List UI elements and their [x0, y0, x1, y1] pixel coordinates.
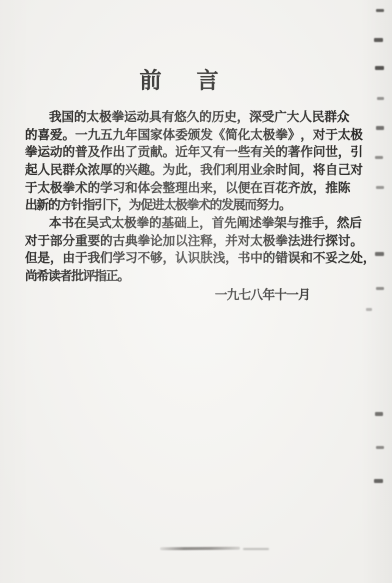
scan-speck [376, 186, 384, 189]
glyph: 群 [324, 107, 337, 125]
glyph: 中 [250, 248, 263, 266]
glyph: 极 [263, 231, 276, 249]
glyph: 业 [250, 160, 263, 178]
glyph: 。 [150, 160, 163, 178]
glyph: 力 [267, 195, 279, 213]
glyph: 拳 [25, 142, 38, 160]
glyph: 手 [312, 213, 325, 231]
glyph: 基 [162, 213, 175, 231]
glyph: 太 [250, 231, 263, 249]
glyph: 出 [113, 142, 126, 160]
glyph: 月 [298, 285, 310, 303]
text-line: 拳运动的普及作出了贡献。近年又有一些有关的著作问世，引 [25, 142, 333, 160]
glyph: 作 [300, 142, 313, 160]
glyph: ， [50, 248, 63, 266]
glyph: 喜 [38, 125, 51, 143]
glyph: 正 [106, 266, 118, 284]
glyph: 式 [99, 213, 112, 231]
glyph: 一 [75, 125, 88, 143]
glyph: 是 [38, 248, 51, 266]
glyph: 九 [113, 125, 126, 143]
glyph: 便 [238, 178, 251, 196]
glyph: 发 [221, 195, 233, 213]
glyph: 问 [313, 142, 326, 160]
glyph: 不 [138, 248, 151, 266]
glyph: 的 [88, 178, 101, 196]
glyph: 化 [238, 125, 251, 143]
glyph: 此 [175, 160, 188, 178]
glyph: 太 [38, 178, 51, 196]
scan-speck [376, 446, 384, 449]
glyph: ， [363, 248, 376, 266]
glyph: 贡 [138, 142, 151, 160]
glyph: 在 [74, 213, 87, 231]
glyph: 一 [215, 285, 227, 303]
glyph: 运 [124, 107, 137, 125]
glyph: 于 [25, 178, 38, 196]
glyph: 要 [88, 231, 101, 249]
glyph: 悠 [174, 107, 187, 125]
glyph: 年 [262, 285, 274, 303]
glyph: 年 [188, 142, 201, 160]
scan-speck [376, 287, 384, 290]
glyph: 的 [199, 107, 212, 125]
text-line: 起人民群众浓厚的兴趣。为此，我们利用业余时间，将自己对 [25, 160, 333, 178]
glyph: 批 [71, 266, 83, 284]
glyph: 对 [238, 231, 251, 249]
glyph: 们 [213, 160, 226, 178]
text-line: 对于部分重要的古典拳论加以注释，并对太极拳法进行探讨。 [25, 231, 333, 249]
title-glyph: 言 [197, 64, 219, 95]
glyph: 误 [288, 248, 301, 266]
glyph: 先 [224, 213, 237, 231]
text-line: 本书在吴式太极拳的基础上，首先阐述拳架与推手，然后 [25, 213, 333, 231]
glyph: 之 [338, 248, 351, 266]
glyph: 浅 [213, 248, 226, 266]
glyph: 。 [163, 142, 176, 160]
preface-text: 我国的太极拳运动具有悠久的历史，深受广大人民群众的喜爱。一九五九年国家体委颁发《… [25, 107, 333, 284]
title-glyph: 前 [139, 64, 161, 95]
glyph: 太 [112, 213, 125, 231]
scanned-book-page: 前言 我国的太极拳运动具有悠久的历史，深受广大人民群众的喜爱。一九五九年国家体委… [0, 0, 392, 583]
glyph: 大 [287, 107, 300, 125]
glyph: 著 [288, 142, 301, 160]
glyph: 与 [287, 213, 300, 231]
glyph: 于 [75, 248, 88, 266]
glyph: 动 [50, 142, 63, 160]
glyph: 八 [251, 285, 263, 303]
glyph: 指 [83, 195, 95, 213]
glyph: 运 [38, 142, 51, 160]
glyph: 受 [262, 107, 275, 125]
glyph: 普 [75, 142, 88, 160]
glyph: 作 [100, 142, 113, 160]
glyph: 础 [174, 213, 187, 231]
scan-speck [366, 308, 372, 311]
glyph: 于 [325, 125, 338, 143]
glyph: 的 [275, 142, 288, 160]
glyph: 推 [299, 213, 312, 231]
glyph: 古 [113, 231, 126, 249]
glyph: 发 [200, 125, 213, 143]
glyph: 浓 [88, 160, 101, 178]
glyph: 七 [239, 285, 251, 303]
glyph: 会 [150, 178, 163, 196]
glyph: 百 [263, 178, 276, 196]
glyph: 习 [125, 248, 138, 266]
glyph: 家 [150, 125, 163, 143]
glyph: 促 [140, 195, 152, 213]
scan-speck [375, 66, 384, 70]
glyph: 。 [117, 266, 129, 284]
glyph: 极 [99, 107, 112, 125]
glyph: 在 [250, 178, 263, 196]
glyph: 评 [83, 266, 95, 284]
scan-speck [375, 252, 384, 256]
glyph: 间 [288, 160, 301, 178]
glyph: 首 [212, 213, 225, 231]
glyph: 讨 [338, 231, 351, 249]
glyph: 和 [300, 248, 313, 266]
glyph: 注 [188, 231, 201, 249]
glyph: 的 [263, 248, 276, 266]
glyph: 一 [286, 285, 298, 303]
glyph: ， [213, 231, 226, 249]
glyph: 深 [249, 107, 262, 125]
glyph: 指 [94, 266, 106, 284]
glyph: 的 [48, 195, 60, 213]
glyph: 然 [337, 213, 350, 231]
glyph: 尚 [25, 266, 37, 284]
glyph: 术 [198, 195, 210, 213]
glyph: ， [324, 213, 337, 231]
glyph: 有 [250, 142, 263, 160]
glyph: 分 [63, 231, 76, 249]
glyph: 有 [162, 107, 175, 125]
glyph: ， [313, 178, 326, 196]
glyph: 释 [200, 231, 213, 249]
glyph: 错 [275, 248, 288, 266]
glyph: 而 [244, 195, 256, 213]
text-line: 于太极拳术的学习和体会整理出来，以便在百花齐放，推陈 [25, 178, 333, 196]
glyph: 行 [313, 231, 326, 249]
glyph: ， [338, 142, 351, 160]
scan-smudge [160, 547, 240, 551]
glyph: 。 [63, 125, 76, 143]
glyph: 重 [75, 231, 88, 249]
glyph: 展 [233, 195, 245, 213]
date-line: 一九七八年十一月 [25, 285, 333, 302]
glyph: 。 [350, 231, 363, 249]
glyph: 但 [25, 248, 38, 266]
scan-speck [374, 38, 383, 42]
glyph: 加 [163, 231, 176, 249]
glyph: 久 [187, 107, 200, 125]
glyph: 的 [25, 125, 38, 143]
glyph: 上 [187, 213, 200, 231]
glyph: 拳 [275, 231, 288, 249]
glyph: 陈 [338, 178, 351, 196]
glyph: 者 [60, 266, 72, 284]
glyph: 太 [164, 195, 176, 213]
glyph: ， [163, 248, 176, 266]
glyph: 用 [238, 160, 251, 178]
glyph: 具 [149, 107, 162, 125]
glyph: 极 [350, 125, 363, 143]
glyph: 将 [313, 160, 326, 178]
glyph: 的 [63, 142, 76, 160]
glyph: 并 [225, 231, 238, 249]
text-line: 尚希读者批评指正。 [25, 266, 333, 284]
glyph: ， [117, 195, 129, 213]
glyph: 妥 [325, 248, 338, 266]
glyph: 学 [113, 248, 126, 266]
glyph: 认 [175, 248, 188, 266]
glyph: 出 [25, 195, 37, 213]
glyph: 识 [188, 248, 201, 266]
glyph: 民 [50, 160, 63, 178]
glyph: 利 [225, 160, 238, 178]
glyph: 以 [175, 231, 188, 249]
glyph: 人 [38, 160, 51, 178]
glyph: 关 [263, 142, 276, 160]
glyph: 趣 [138, 160, 151, 178]
glyph: 的 [210, 195, 222, 213]
glyph: 努 [256, 195, 268, 213]
glyph: 极 [124, 213, 137, 231]
glyph: 有 [213, 142, 226, 160]
glyph: 自 [325, 160, 338, 178]
glyph: 极 [175, 195, 187, 213]
glyph: 极 [263, 125, 276, 143]
glyph: 理 [175, 178, 188, 196]
glyph: 体 [163, 125, 176, 143]
glyph: 书 [238, 248, 251, 266]
glyph: 引 [350, 142, 363, 160]
text-line: 但是，由于我们学习不够，认识肤浅，书中的错误和不妥之处， [25, 249, 333, 267]
glyph: 动 [137, 107, 150, 125]
scan-speck [376, 126, 384, 130]
glyph: 十 [274, 285, 286, 303]
glyph: 众 [75, 160, 88, 178]
glyph: 。 [279, 195, 291, 213]
glyph: 五 [100, 125, 113, 143]
glyph: 放 [300, 178, 313, 196]
glyph: 了 [125, 142, 138, 160]
glyph: 对 [25, 231, 38, 249]
glyph: 整 [163, 178, 176, 196]
glyph: 述 [249, 213, 262, 231]
glyph: 拳 [187, 195, 199, 213]
glyph: 》 [288, 125, 301, 143]
glyph: 典 [125, 231, 138, 249]
glyph: 和 [125, 178, 138, 196]
glyph: ， [188, 160, 201, 178]
glyph: 架 [274, 213, 287, 231]
glyph: 《 [213, 125, 226, 143]
glyph: 对 [350, 160, 363, 178]
glyph: 术 [75, 178, 88, 196]
glyph: 委 [175, 125, 188, 143]
text-line: 出新的方针指引下，为促进太极拳术的发展而努力。 [25, 195, 333, 213]
page-title: 前言 [25, 64, 333, 95]
glyph: 于 [38, 231, 51, 249]
glyph: 不 [313, 248, 326, 266]
glyph: 读 [48, 266, 60, 284]
glyph: 我 [200, 160, 213, 178]
glyph: 花 [275, 178, 288, 196]
glyph: 我 [49, 107, 62, 125]
glyph: 爱 [50, 125, 63, 143]
glyph: 对 [313, 125, 326, 143]
scan-speck [374, 479, 383, 483]
glyph: ， [199, 213, 212, 231]
glyph: 史 [224, 107, 237, 125]
glyph: 进 [300, 231, 313, 249]
glyph: 历 [212, 107, 225, 125]
glyph: 己 [338, 160, 351, 178]
glyph: 众 [337, 107, 350, 125]
scan-speck [375, 156, 383, 159]
glyph: 新 [37, 195, 49, 213]
glyph: 为 [163, 160, 176, 178]
glyph: 的 [74, 107, 87, 125]
glyph: 处 [350, 248, 363, 266]
glyph: 拳 [275, 125, 288, 143]
glyph: 探 [325, 231, 338, 249]
text-line: 我国的太极拳运动具有悠久的历史，深受广大人民群众 [25, 107, 333, 125]
glyph: 一 [225, 142, 238, 160]
glyph: 后 [349, 213, 362, 231]
glyph: ， [213, 178, 226, 196]
glyph: ， [225, 248, 238, 266]
glyph: 简 [225, 125, 238, 143]
glyph: ， [237, 107, 250, 125]
scan-speck [375, 412, 383, 416]
scan-speck [376, 9, 384, 12]
glyph: 九 [88, 125, 101, 143]
glyph: 拳 [63, 178, 76, 196]
glyph: ， [300, 125, 313, 143]
glyph: 些 [238, 142, 251, 160]
glyph: 引 [94, 195, 106, 213]
glyph: 阐 [237, 213, 250, 231]
glyph: 厚 [100, 160, 113, 178]
glyph: 拳 [137, 213, 150, 231]
glyph: 希 [37, 266, 49, 284]
glyph: 广 [274, 107, 287, 125]
glyph: 来 [200, 178, 213, 196]
glyph: 们 [100, 248, 113, 266]
glyph: 余 [263, 160, 276, 178]
glyph: 九 [227, 285, 239, 303]
glyph: 世 [325, 142, 338, 160]
glyph: 群 [63, 160, 76, 178]
glyph: 近 [175, 142, 188, 160]
text-line: 的喜爱。一九五九年国家体委颁发《简化太极拳》，对于太极 [25, 125, 333, 143]
glyph: 下 [106, 195, 118, 213]
glyph: 由 [63, 248, 76, 266]
glyph: 年 [125, 125, 138, 143]
scan-smudge-small [243, 548, 269, 550]
glyph: 吴 [87, 213, 100, 231]
glyph: 人 [299, 107, 312, 125]
glyph: 齐 [288, 178, 301, 196]
glyph: 论 [150, 231, 163, 249]
glyph: ， [300, 160, 313, 178]
glyph: 献 [150, 142, 163, 160]
glyph: 起 [25, 160, 38, 178]
glyph: 部 [50, 231, 63, 249]
glyph: 的 [100, 231, 113, 249]
glyph: 推 [325, 178, 338, 196]
glyph: 民 [312, 107, 325, 125]
glyph: 书 [62, 213, 75, 231]
glyph: 颁 [188, 125, 201, 143]
glyph: 习 [113, 178, 126, 196]
glyph: 又 [200, 142, 213, 160]
glyph: 法 [288, 231, 301, 249]
glyph: 学 [100, 178, 113, 196]
scan-speck [377, 97, 384, 100]
glyph: 太 [87, 107, 100, 125]
glyph: 及 [88, 142, 101, 160]
glyph: 兴 [125, 160, 138, 178]
glyph: 方 [60, 195, 72, 213]
glyph: 拳 [138, 231, 151, 249]
glyph: 太 [250, 125, 263, 143]
glyph: 肤 [200, 248, 213, 266]
glyph: 极 [50, 178, 63, 196]
glyph: 的 [113, 160, 126, 178]
glyph: 我 [88, 248, 101, 266]
glyph: 拳 [112, 107, 125, 125]
glyph: 进 [152, 195, 164, 213]
glyph: 国 [138, 125, 151, 143]
glyph: 拳 [262, 213, 275, 231]
glyph: 时 [275, 160, 288, 178]
glyph: 太 [338, 125, 351, 143]
glyph: 国 [62, 107, 75, 125]
glyph: 的 [149, 213, 162, 231]
glyph: 出 [188, 178, 201, 196]
glyph: 体 [138, 178, 151, 196]
glyph: 针 [71, 195, 83, 213]
glyph: 本 [49, 213, 62, 231]
glyph: 以 [225, 178, 238, 196]
glyph: 够 [150, 248, 163, 266]
glyph: 为 [129, 195, 141, 213]
